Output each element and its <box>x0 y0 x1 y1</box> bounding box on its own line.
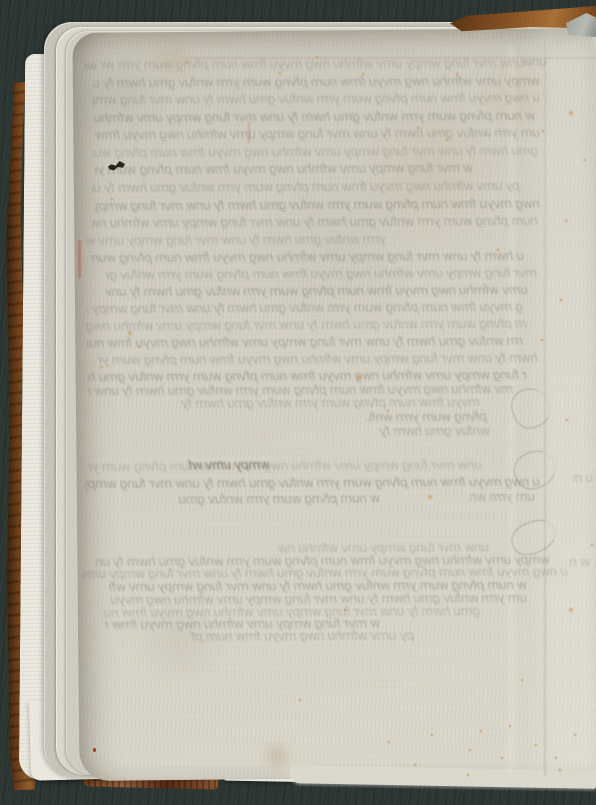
bleedthrough-layer: unw mvr fung wmpy umv wfmhu nwg mvyu fmw… <box>0 0 596 805</box>
foxing-speck <box>343 608 347 612</box>
foxing-speck <box>110 197 114 201</box>
foxing-speck <box>508 724 512 728</box>
foxing-speck <box>520 678 524 682</box>
foxing-speck <box>356 374 362 380</box>
foxing-speck <box>568 110 574 116</box>
paper-stain <box>480 55 560 135</box>
foxing-speck <box>496 248 500 252</box>
foxing-speck <box>278 71 282 75</box>
foxing-speck <box>554 756 558 760</box>
foxing-speck <box>226 463 230 467</box>
foxing-speck <box>590 543 594 547</box>
foxing-speck <box>298 698 302 702</box>
foxing-speck <box>540 338 544 342</box>
foxing-speck <box>430 733 434 737</box>
foxing-speck <box>427 494 433 500</box>
foxing-speck <box>500 756 504 760</box>
foxing-speck <box>315 55 319 59</box>
foxing-speck <box>479 729 483 733</box>
foxing-speck <box>361 72 365 76</box>
foxing-speck <box>466 773 470 777</box>
bleedthrough-line: w nu <box>570 554 590 570</box>
foxing-speck <box>468 748 472 752</box>
paper-stain <box>135 595 225 685</box>
foxing-speck <box>137 345 141 349</box>
foxing-speck <box>534 743 538 747</box>
foxing-speck <box>564 219 568 223</box>
foxing-speck <box>413 763 417 767</box>
paper-stain <box>250 160 430 340</box>
foxing-speck <box>568 607 574 613</box>
foxing-speck <box>573 733 577 737</box>
paper-stain <box>261 740 293 772</box>
foxing-speck <box>583 158 587 162</box>
foxing-speck <box>127 330 133 336</box>
bleedthrough-line: u nw <box>573 470 593 486</box>
foxing-speck <box>455 72 459 76</box>
foxing-speck <box>387 740 391 744</box>
foxing-speck <box>541 129 545 133</box>
foxing-speck <box>386 409 390 413</box>
foxing-speck <box>559 298 563 302</box>
foxing-speck <box>99 365 103 369</box>
foxing-speck <box>565 418 569 422</box>
photo-stage: unw mvr fung wmpy umv wfmhu nwg mvyu fmw… <box>0 0 596 805</box>
paper-stain <box>60 40 170 150</box>
foxing-speck <box>558 768 562 772</box>
